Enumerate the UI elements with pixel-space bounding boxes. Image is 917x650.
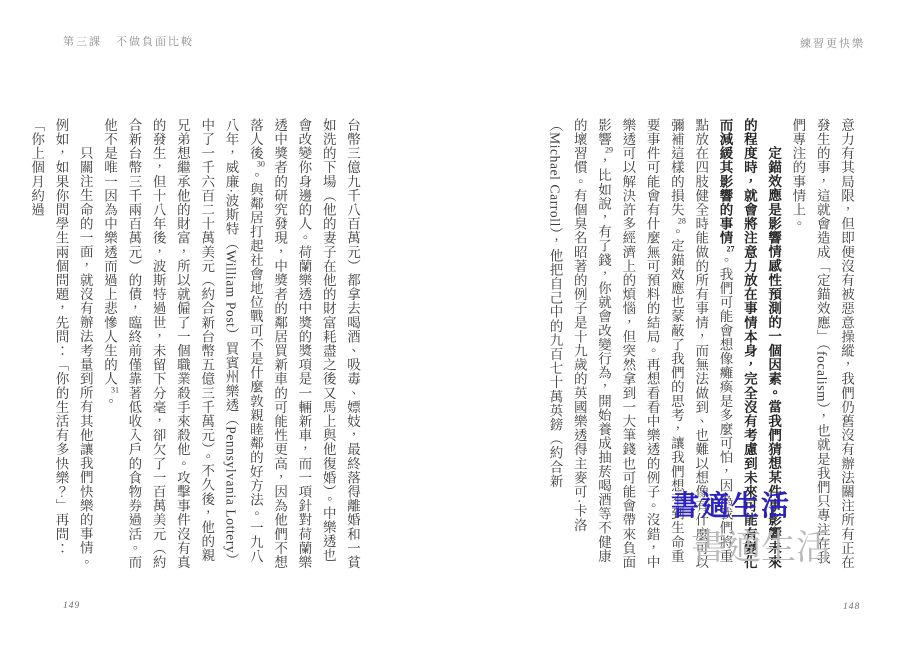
paragraph: 台幣三億九千八百萬元）都拿去喝酒、吸毒、嫖妓，最終落得離婚和一貧如洗的下場（他的… — [97, 118, 364, 570]
chapter-title: 不做負面比較 — [116, 36, 194, 48]
endnote-ref: 31 — [111, 386, 120, 394]
page-left-body-text: 台幣三億九千八百萬元）都拿去喝酒、吸毒、嫖妓，最終落得離婚和一貧如洗的下場（他的… — [68, 118, 364, 570]
running-head-left: 第三課不做負面比較 — [63, 33, 194, 49]
running-head-right: 練習更快樂 — [800, 35, 865, 51]
endnote-ref: 29 — [605, 146, 614, 154]
page-number-left: 149 — [63, 601, 80, 611]
endnote-ref: 27 — [726, 245, 735, 253]
paragraph: 只關注生命的一面，就沒有辦法考量到所有其他讓我們快樂的事情。例如，如果你問學生兩… — [24, 118, 97, 570]
book-title: 練習更快樂 — [800, 38, 865, 50]
book-spread: 第三課不做負面比較 練習更快樂 台幣三億九千八百萬元）都拿去喝酒、吸毒、嫖妓，最… — [0, 0, 917, 650]
paragraph: 定錨效應是影響情感性預測的一個因素。當我們猜想某件事影響未來的程度時，就會將注意… — [542, 118, 785, 570]
chapter-label: 第三課 — [63, 36, 102, 48]
endnote-ref: 28 — [677, 217, 686, 225]
paragraph: 意力有其局限，但即便沒有被惡意操縱，我們仍舊沒有辦法關注所有正在發生的事，這就會… — [785, 118, 858, 570]
page-number-right: 148 — [843, 602, 860, 612]
page-right-body-text: 意力有其局限，但即便沒有被惡意操縱，我們仍舊沒有辦法關注所有正在發生的事，這就會… — [561, 118, 858, 570]
